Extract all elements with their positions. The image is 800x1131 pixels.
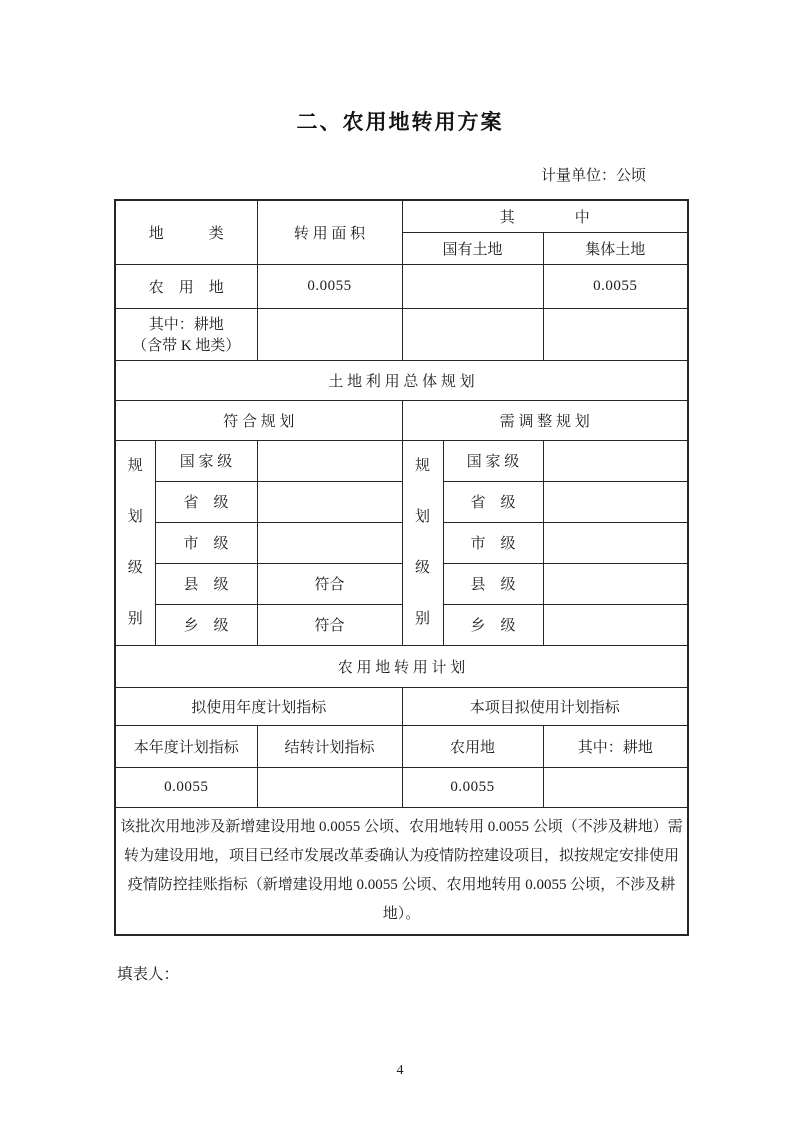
compliant-planning-header: 符 合 规 划: [115, 400, 402, 440]
plan-value-carryover-index: [257, 767, 402, 807]
table-row: 地 类 转 用 面 积 其 中: [115, 200, 688, 232]
plan-col-header-carryover-index: 结转计划指标: [257, 725, 402, 767]
table-row: 本年度计划指标 结转计划指标 农用地 其中：耕地: [115, 725, 688, 767]
conversion-plan-title: 农 用 地 转 用 计 划: [115, 645, 688, 687]
planning-level-axis-right-label: 规划级别: [415, 441, 430, 645]
header-collective-land: 集体土地: [543, 232, 688, 264]
level-label-township-left: 乡 级: [155, 604, 257, 645]
table-row: 0.0055 0.0055: [115, 767, 688, 807]
adjust-value-province: [543, 481, 688, 522]
compliant-value-city: [257, 522, 402, 563]
plan-col-header-annual-index: 本年度计划指标: [115, 725, 257, 767]
plan-col-header-cultivated: 其中：耕地: [543, 725, 688, 767]
table-row: 土 地 利 用 总 体 规 划: [115, 360, 688, 400]
table-row: 其中：耕地 （含带 K 地类）: [115, 308, 688, 360]
compliant-value-province: [257, 481, 402, 522]
cultivated-area-value: [257, 308, 402, 360]
cultivated-collective-value: [543, 308, 688, 360]
page-number: 4: [0, 1063, 800, 1079]
table-row: 农 用 地 0.0055 0.0055: [115, 264, 688, 308]
table-row: 符 合 规 划 需 调 整 规 划: [115, 400, 688, 440]
agricultural-collective-value: 0.0055: [543, 264, 688, 308]
agricultural-state-value: [402, 264, 543, 308]
adjust-value-national: [543, 440, 688, 481]
level-label-city-right: 市 级: [443, 522, 543, 563]
header-state-land: 国有土地: [402, 232, 543, 264]
level-label-city-left: 市 级: [155, 522, 257, 563]
plan-value-agricultural: 0.0055: [402, 767, 543, 807]
adjust-value-township: [543, 604, 688, 645]
table-row: 乡 级 符合 乡 级: [115, 604, 688, 645]
header-conversion-area: 转 用 面 积: [257, 200, 402, 264]
plan-value-cultivated: [543, 767, 688, 807]
level-label-national-left: 国 家 级: [155, 440, 257, 481]
level-label-province-left: 省 级: [155, 481, 257, 522]
plan-value-annual-index: 0.0055: [115, 767, 257, 807]
document-page: 二、农用地转用方案 计量单位：公顷 地 类 转 用 面 积 其 中 国有土地 集…: [0, 0, 800, 984]
planning-level-axis-left-label: 规划级别: [128, 441, 143, 645]
project-plan-header: 本项目拟使用计划指标: [402, 687, 688, 725]
header-land-type: 地 类: [115, 200, 257, 264]
level-label-national-right: 国 家 级: [443, 440, 543, 481]
table-row: 县 级 符合 县 级: [115, 563, 688, 604]
table-row: 省 级 省 级: [115, 481, 688, 522]
measurement-unit-note: 计量单位：公顷: [115, 164, 688, 185]
remark-text: 该批次用地涉及新增建设用地 0.0055 公顷、农用地转用 0.0055 公顷（…: [115, 807, 688, 935]
compliant-value-county: 符合: [257, 563, 402, 604]
table-row: 拟使用年度计划指标 本项目拟使用计划指标: [115, 687, 688, 725]
cultivated-land-label: 其中：耕地 （含带 K 地类）: [115, 308, 257, 360]
table-row: 农 用 地 转 用 计 划: [115, 645, 688, 687]
table-row: 规划级别 国 家 级 规划级别 国 家 级: [115, 440, 688, 481]
form-filler-label: 填表人：: [117, 962, 800, 984]
cultivated-state-value: [402, 308, 543, 360]
level-label-township-right: 乡 级: [443, 604, 543, 645]
overall-planning-title: 土 地 利 用 总 体 规 划: [115, 360, 688, 400]
level-label-county-right: 县 级: [443, 563, 543, 604]
table-row: 市 级 市 级: [115, 522, 688, 563]
adjust-value-city: [543, 522, 688, 563]
adjust-planning-header: 需 调 整 规 划: [402, 400, 688, 440]
page-title: 二、农用地转用方案: [0, 106, 800, 136]
plan-col-header-agricultural: 农用地: [402, 725, 543, 767]
planning-level-axis-right: 规划级别: [402, 440, 443, 645]
adjust-value-county: [543, 563, 688, 604]
compliant-value-national: [257, 440, 402, 481]
planning-level-axis-left: 规划级别: [115, 440, 155, 645]
level-label-province-right: 省 级: [443, 481, 543, 522]
header-of-which: 其 中: [402, 200, 688, 232]
land-conversion-table: 地 类 转 用 面 积 其 中 国有土地 集体土地 农 用 地 0.0055 0…: [114, 199, 689, 936]
agricultural-land-label: 农 用 地: [115, 264, 257, 308]
agricultural-area-value: 0.0055: [257, 264, 402, 308]
table-row: 该批次用地涉及新增建设用地 0.0055 公顷、农用地转用 0.0055 公顷（…: [115, 807, 688, 935]
level-label-county-left: 县 级: [155, 563, 257, 604]
compliant-value-township: 符合: [257, 604, 402, 645]
annual-plan-header: 拟使用年度计划指标: [115, 687, 402, 725]
